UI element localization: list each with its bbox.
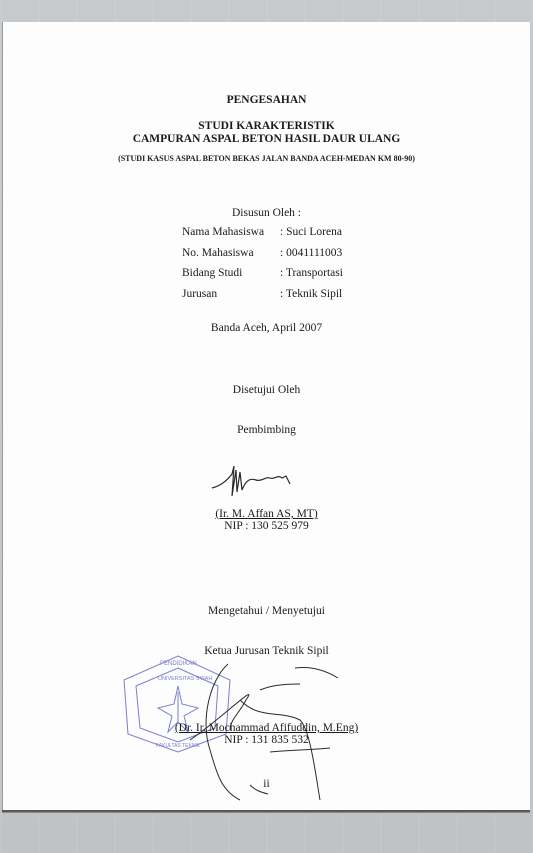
- prepared-by-label: Disusun Oleh :: [0, 207, 533, 219]
- page-number: ii: [0, 778, 533, 790]
- supervisor-role: Pembimbing: [0, 424, 533, 436]
- place-date: Banda Aceh, April 2007: [0, 322, 533, 334]
- info-label: Nama Mahasiswa: [182, 226, 280, 238]
- approved-by-label: Disetujui Oleh: [0, 384, 533, 396]
- study-title-line-1: STUDI KARAKTERISTIK: [0, 120, 533, 132]
- department-head-nip: NIP : 131 835 532: [0, 734, 533, 746]
- info-value: : Suci Lorena: [280, 226, 342, 238]
- info-value: : 0041111003: [280, 247, 342, 259]
- student-info-row: Bidang Studi : Transportasi: [182, 263, 343, 284]
- supervisor-nip: NIP : 130 525 979: [0, 520, 533, 532]
- study-title-line-2: CAMPURAN ASPAL BETON HASIL DAUR ULANG: [0, 133, 533, 145]
- case-study-subtitle: (STUDI KASUS ASPAL BETON BEKAS JALAN BAN…: [0, 154, 533, 163]
- info-label: No. Mahasiswa: [182, 247, 280, 259]
- student-info-row: No. Mahasiswa : 0041111003: [182, 243, 343, 264]
- student-info-table: Nama Mahasiswa : Suci Lorena No. Mahasis…: [182, 222, 343, 304]
- info-label: Bidang Studi: [182, 267, 280, 279]
- info-value: : Transportasi: [280, 267, 343, 279]
- page-heading: PENGESAHAN: [0, 94, 533, 106]
- supervisor-name: (Ir. M. Affan AS, MT): [0, 508, 533, 520]
- student-info-row: Jurusan : Teknik Sipil: [182, 284, 343, 305]
- info-value: : Teknik Sipil: [280, 288, 342, 300]
- department-head-role: Ketua Jurusan Teknik Sipil: [0, 645, 533, 657]
- department-head-name: (Dr. Ir. Mochammad Afifuddin, M.Eng): [0, 722, 533, 734]
- student-info-row: Nama Mahasiswa : Suci Lorena: [182, 222, 343, 243]
- acknowledged-label: Mengetahui / Menyetujui: [0, 605, 533, 617]
- department-head-name-text: (Dr. Ir. Mochammad Afifuddin, M.Eng): [175, 722, 358, 734]
- supervisor-name-text: (Ir. M. Affan AS, MT): [215, 508, 317, 520]
- supervisor-signature-icon: [210, 462, 320, 502]
- info-label: Jurusan: [182, 288, 280, 300]
